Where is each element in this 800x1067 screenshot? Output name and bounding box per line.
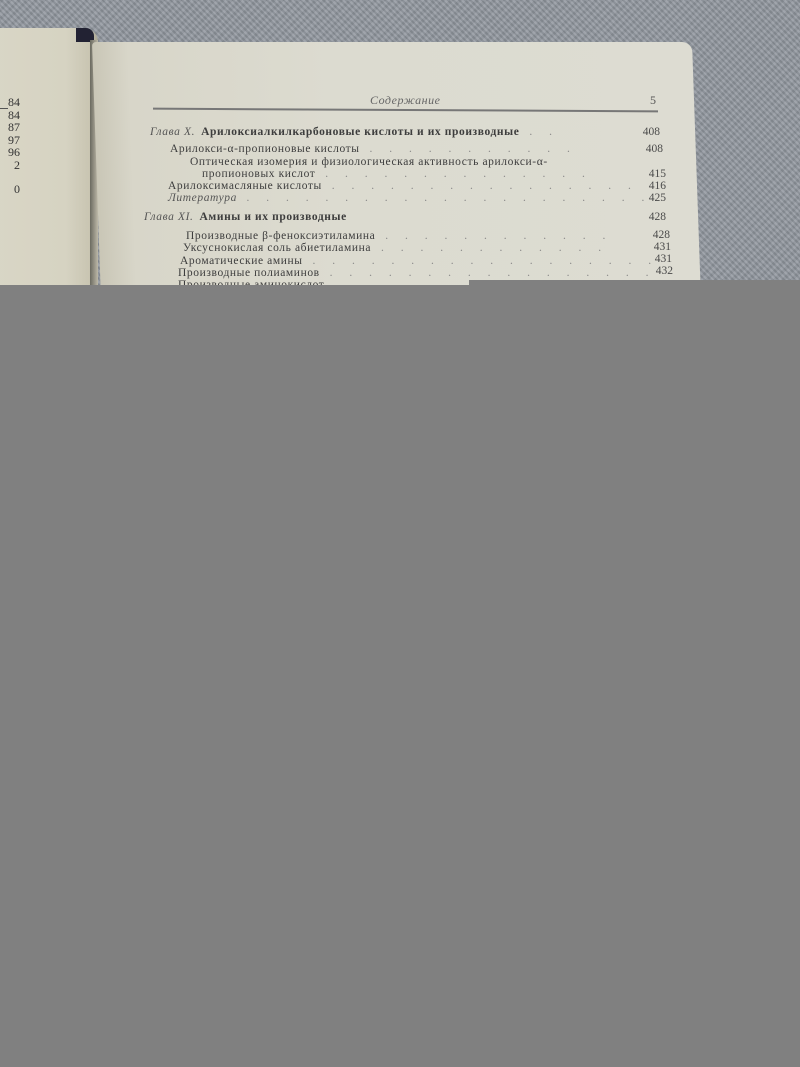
toc-section: Арилокси-α-пропионовые кислоты . . . . .… (170, 143, 577, 155)
toc-page: 408 (630, 126, 660, 138)
toc-section: Уксуснокислая соль абиетиламина . . . . … (183, 242, 608, 254)
redaction-block (0, 285, 800, 1067)
page-number: 5 (650, 93, 656, 108)
toc-chapter: Глава XI.Амины и их производные (144, 211, 347, 223)
toc-page: 408 (633, 143, 663, 155)
header-rule (153, 108, 658, 113)
toc-subsection-continued: пропионовых кислот . . . . . . . . . . .… (202, 168, 592, 180)
toc-section: Производные β-феноксиэтиламина . . . . .… (186, 230, 612, 242)
toc-page: 425 (636, 192, 666, 204)
toc-page: 428 (640, 229, 670, 241)
toc-section: Ароматические амины . . . . . . . . . . … (180, 255, 658, 267)
toc-subsection: Оптическая изомерия и физиологическая ак… (190, 156, 548, 168)
toc-page: 416 (636, 180, 666, 192)
toc-page: 428 (636, 211, 666, 223)
running-head: Содержание (370, 93, 440, 108)
toc-literature: Литература . . . . . . . . . . . . . . .… (168, 192, 652, 204)
toc-section: Арилоксимасляные кислоты . . . . . . . .… (168, 180, 638, 192)
toc-page: 415 (636, 168, 666, 180)
toc-page: 431 (642, 253, 672, 265)
toc-page: 431 (641, 241, 671, 253)
toc-page: 432 (643, 265, 673, 277)
toc-section: Производные полиаминов . . . . . . . . .… (178, 267, 655, 279)
table-of-contents: Содержание 5 Глава X.Арилоксиалкилкарбон… (0, 0, 800, 300)
toc-chapter: Глава X.Арилоксиалкилкарбоновые кислоты … (150, 126, 559, 138)
